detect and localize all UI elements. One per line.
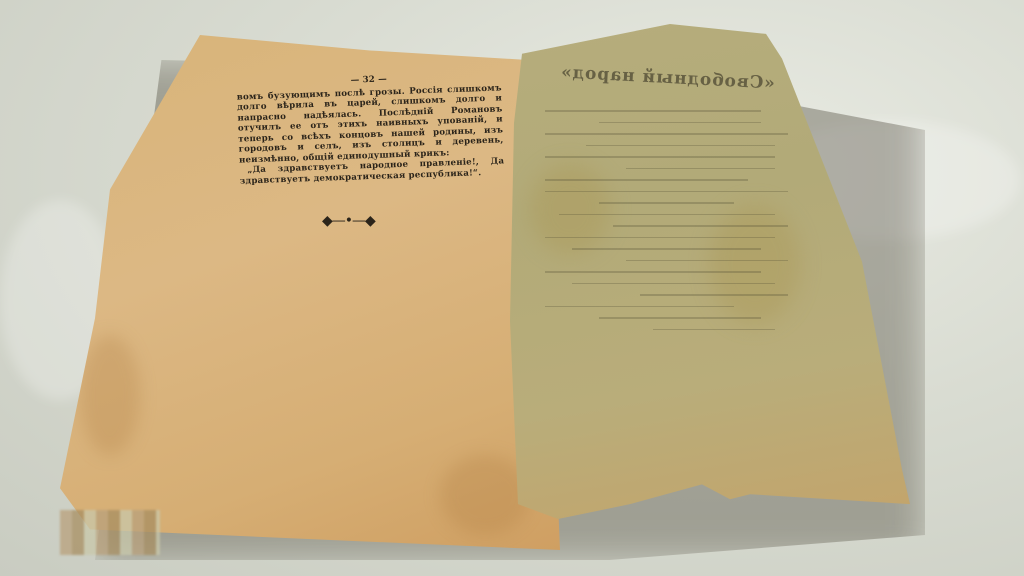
body-paragraph: вомъ бузующимъ послѣ грозы. Россія слишк… — [237, 83, 504, 166]
left-page-text: — 32 — вомъ бузующимъ послѣ грозы. Россі… — [236, 70, 505, 186]
ornament-divider: ◆—•—◆ — [322, 213, 375, 229]
page-stain — [80, 335, 140, 455]
pixelated-watermark — [60, 510, 160, 555]
right-page-showthrough-lines — [545, 100, 815, 340]
